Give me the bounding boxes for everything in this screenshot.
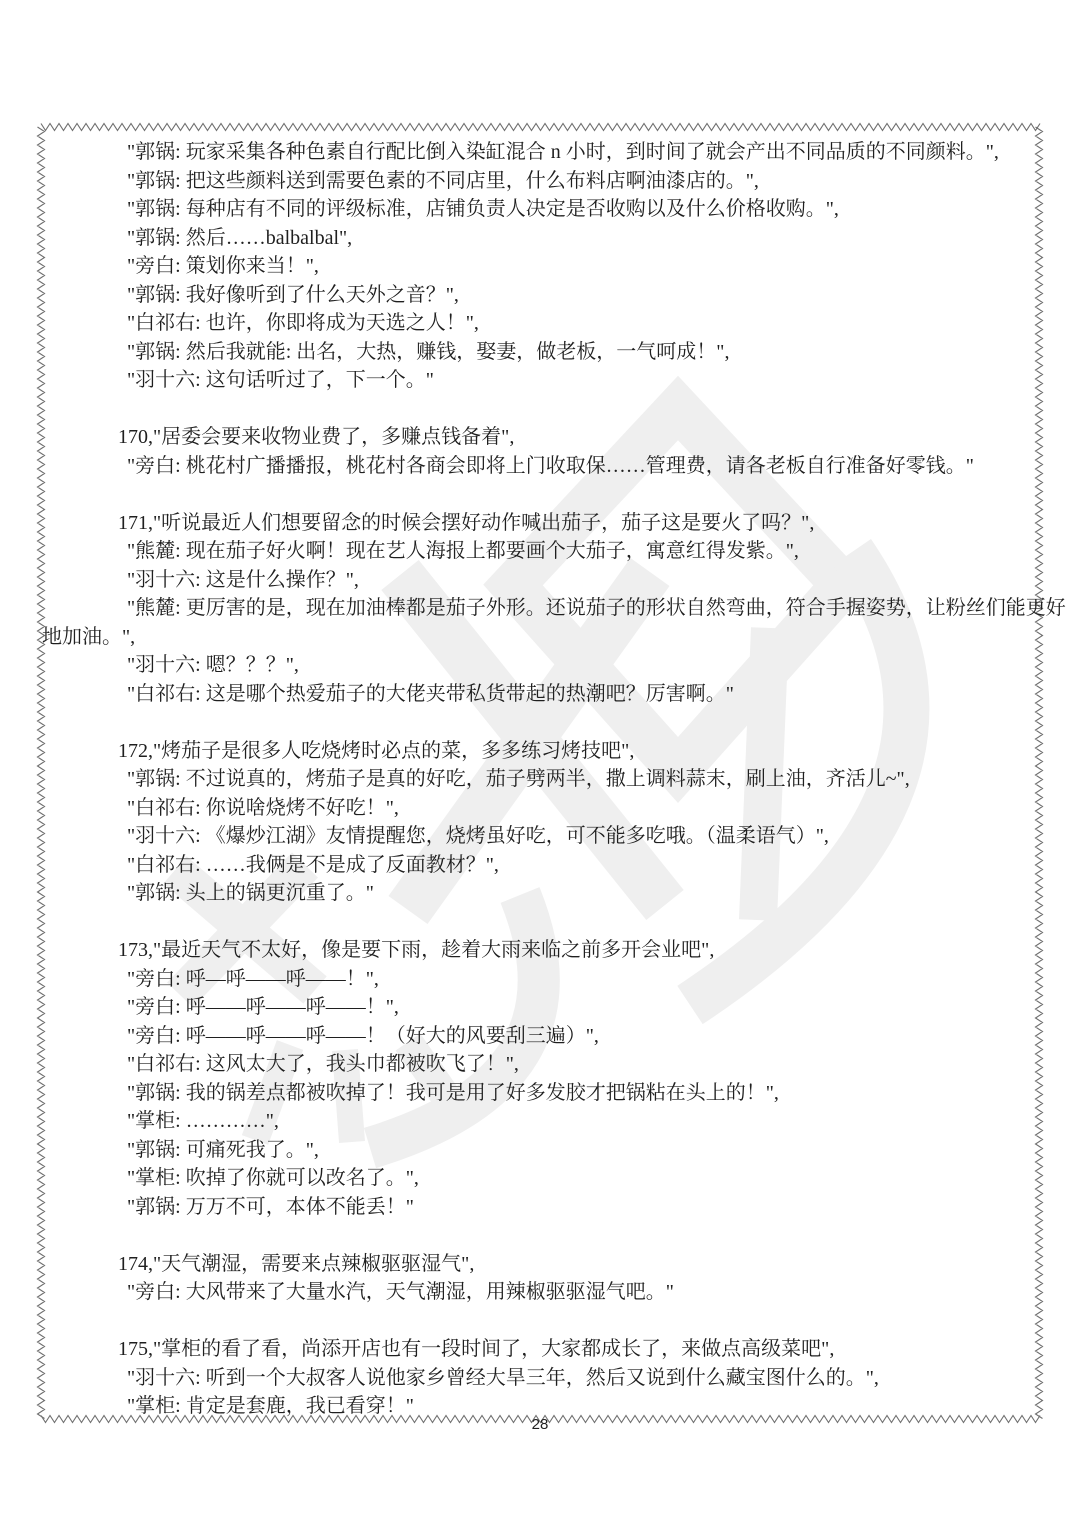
script-line: "郭锅: 把这些颜料送到需要色素的不同店里，什么布料店啊油漆店的。", (42, 167, 1038, 196)
script-line: "郭锅: 每种店有不同的评级标准，店铺负责人决定是否收购以及什么价格收购。", (42, 195, 1038, 224)
script-text: "郭锅: 玩家采集各种色素自行配比倒入染缸混合 n 小时，到时间了就会产出不同品… (42, 138, 1038, 1421)
script-line: "郭锅: 玩家采集各种色素自行配比倒入染缸混合 n 小时，到时间了就会产出不同品… (42, 138, 1038, 167)
script-line: 地加油。", (42, 623, 1038, 652)
script-line: "郭锅: 不过说真的，烤茄子是真的好吃，茄子劈两半，撒上调料蒜末，刷上油，齐活儿… (42, 765, 1038, 794)
script-line: "旁白: 桃花村广播播报，桃花村各商会即将上门收取保……管理费，请各老板自行准备… (42, 452, 1038, 481)
script-line: 171,"听说最近人们想要留念的时候会摆好动作喊出茄子，茄子这是要火了吗？", (42, 509, 1038, 538)
script-line: "旁白: 呼——呼——呼——！", (42, 993, 1038, 1022)
script-line: "掌柜: …………", (42, 1107, 1038, 1136)
script-line: "羽十六: 这是什么操作？", (42, 566, 1038, 595)
script-line: "白祁右: 你说啥烧烤不好吃！", (42, 794, 1038, 823)
script-line: 170,"居委会要来收物业费了，多赚点钱备着", (42, 423, 1038, 452)
script-line: "郭锅: 可痛死我了。", (42, 1136, 1038, 1165)
script-line: "郭锅: 我好像听到了什么天外之音？", (42, 281, 1038, 310)
border-top (41, 124, 1040, 131)
script-line: 173,"最近天气不太好，像是要下雨，趁着大雨来临之前多开会业吧", (42, 936, 1038, 965)
script-line: "羽十六: 《爆炒江湖》友情提醒您，烧烤虽好吃，可不能多吃哦。（温柔语气）", (42, 822, 1038, 851)
script-line: "旁白: 呼—呼——呼——！", (42, 965, 1038, 994)
script-line: "白祁右: ……我俩是不是成了反面教材？", (42, 851, 1038, 880)
script-line: "熊麓: 更厉害的是，现在加油棒都是茄子外形。还说茄子的形状自然弯曲，符合手握姿… (42, 594, 1038, 623)
script-line: "羽十六: 听到一个大叔客人说他家乡曾经大旱三年，然后又说到什么藏宝图什么的。"… (42, 1364, 1038, 1393)
blank-line (42, 1221, 1038, 1250)
script-line: "熊麓: 现在茄子好火啊！现在艺人海报上都要画个大茄子，寓意红得发紫。", (42, 537, 1038, 566)
script-line: "郭锅: 然后……balbalbal", (42, 224, 1038, 253)
script-line: 174,"天气潮湿，需要来点辣椒驱驱湿气", (42, 1250, 1038, 1279)
blank-line (42, 1307, 1038, 1336)
script-line: "白祁右: 也许，你即将成为天选之人！", (42, 309, 1038, 338)
script-line: "掌柜: 吹掉了你就可以改名了。", (42, 1164, 1038, 1193)
script-line: 175,"掌柜的看了看，尚添开店也有一段时间了，大家都成长了，来做点高级菜吧", (42, 1335, 1038, 1364)
script-line: "旁白: 呼——呼——呼——！（好大的风要刮三遍）", (42, 1022, 1038, 1051)
script-line: "白祁右: 这风太大了，我头巾都被吹飞了！", (42, 1050, 1038, 1079)
script-line: 172,"烤茄子是很多人吃烧烤时必点的菜，多多练习烤技吧", (42, 737, 1038, 766)
script-line: "郭锅: 头上的锅更沉重了。" (42, 879, 1038, 908)
script-line: "旁白: 大风带来了大量水汽，天气潮湿，用辣椒驱驱湿气吧。" (42, 1278, 1038, 1307)
blank-line (42, 395, 1038, 424)
blank-line (42, 708, 1038, 737)
script-line: "郭锅: 然后我就能: 出名，大热，赚钱，娶妻，做老板，一气呵成！", (42, 338, 1038, 367)
script-line: "白祁右: 这是哪个热爱茄子的大佬夹带私货带起的热潮吧？厉害啊。" (42, 680, 1038, 709)
script-line: "郭锅: 万万不可，本体不能丢！" (42, 1193, 1038, 1222)
script-line: "旁白: 策划你来当！", (42, 252, 1038, 281)
script-line: "羽十六: 这句话听过了，下一个。" (42, 366, 1038, 395)
page-number: 28 (0, 1416, 1080, 1433)
blank-line (42, 908, 1038, 937)
document-page: "郭锅: 玩家采集各种色素自行配比倒入染缸混合 n 小时，到时间了就会产出不同品… (0, 0, 1080, 1528)
blank-line (42, 480, 1038, 509)
script-line: "郭锅: 我的锅差点都被吹掉了！我可是用了好多发胶才把锅粘在头上的！", (42, 1079, 1038, 1108)
script-line: "羽十六: 嗯？？？", (42, 651, 1038, 680)
